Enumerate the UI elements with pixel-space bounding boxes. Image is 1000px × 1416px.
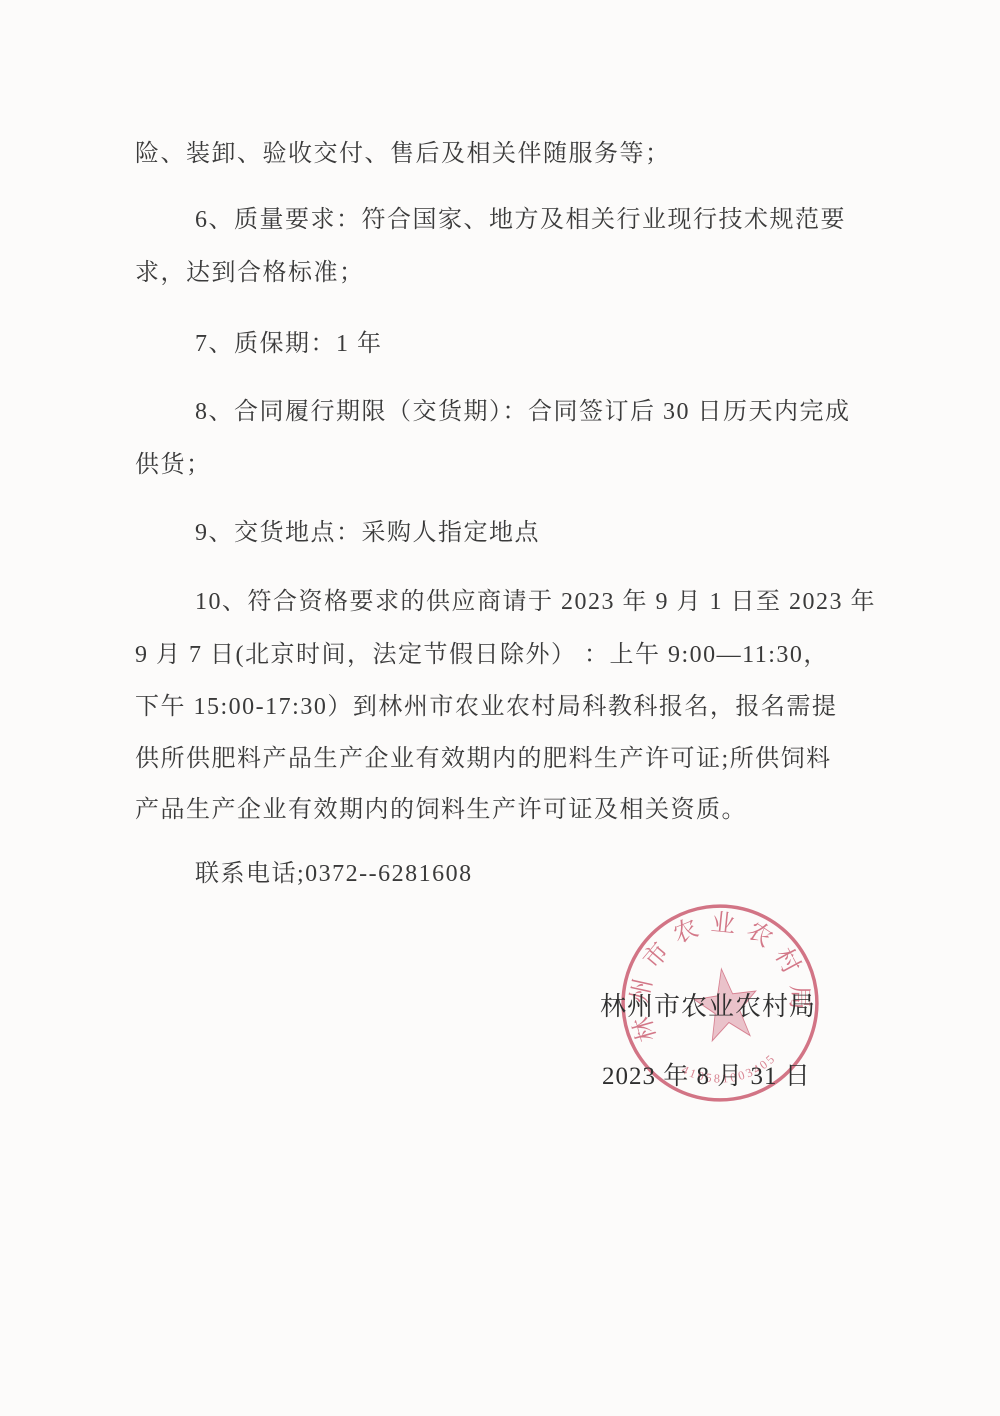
document-line: 8、合同履行期限（交货期）：合同签订后 30 日历天内完成 [195,398,851,427]
document-line: 6、质量要求：符合国家、地方及相关行业现行技术规范要 [195,206,846,235]
document-line: 求，达到合格标准； [135,259,365,288]
document-line: 下午 15:00-17:30）到林州市农业农村局科教科报名，报名需提 [135,693,837,722]
document-line: 险、装卸、验收交付、售后及相关伴随服务等； [135,140,671,169]
document-line: 10、符合资格要求的供应商请于 2023 年 9 月 1 日至 2023 年 [195,588,876,617]
document-page: 险、装卸、验收交付、售后及相关伴随服务等； 6、质量要求：符合国家、地方及相关行… [0,0,1000,1416]
contact-phone-line: 联系电话;0372--6281608 [195,860,473,889]
signer-name: 林州市农业农村局 [600,986,816,1023]
document-line: 供所供肥料产品生产企业有效期内的肥料生产许可证;所供饲料 [135,745,832,774]
document-line: 产品生产企业有效期内的饲料生产许可证及相关资质。 [135,796,747,825]
document-line: 9、交货地点：采购人指定地点 [195,519,540,548]
document-line: 供货； [135,451,212,480]
document-line: 9 月 7 日(北京时间，法定节假日除外） ：上午 9:00—11:30， [135,641,829,670]
document-line: 7、质保期：1 年 [195,330,383,359]
signature-date: 2023 年 8 月 31 日 [602,1056,811,1092]
